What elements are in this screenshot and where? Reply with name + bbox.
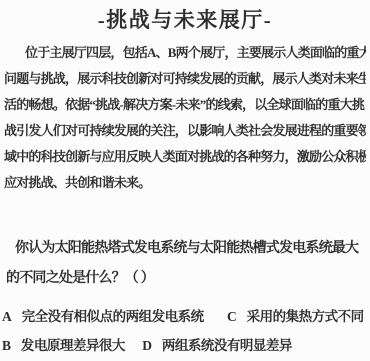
options-row-2: B 发电原理差异很大 D 两组系统没有明显差异 bbox=[2, 331, 370, 360]
question-line: 你认为太阳能热塔式发电系统与太阳能热槽式发电系统最大 bbox=[6, 234, 370, 264]
option-text: 采用的集热方式不同 bbox=[247, 309, 364, 324]
intro-paragraph: 位于主展厅四层，包括A、B两个展厅，主要展示人类面临的重大 问题与挑战，展示科技… bbox=[0, 40, 370, 196]
intro-line: 域中的科技创新与应用反映人类面对挑战的各种努力，激励公众积极 bbox=[4, 144, 366, 170]
intro-line: 应对挑战、共创和谐未来。 bbox=[4, 170, 366, 196]
intro-line: 位于主展厅四层，包括A、B两个展厅，主要展示人类面临的重大 bbox=[4, 40, 366, 66]
option-text: 发电原理差异很大 bbox=[21, 338, 125, 353]
intro-line: 问题与挑战，展示科技创新对可持续发展的贡献，展示人类对未来生 bbox=[4, 66, 366, 92]
option-letter: A bbox=[2, 302, 12, 331]
page-title: -挑战与未来展厅- bbox=[0, 0, 370, 34]
intro-line: 活的畅想。依据“挑战-解决方案-未来”的线索，以全球面临的重大挑 bbox=[4, 92, 366, 118]
options-row-1: A 完全没有相似点的两组发电系统 C 采用的集热方式不同 bbox=[2, 302, 370, 331]
option-b[interactable]: B 发电原理差异很大 bbox=[2, 331, 125, 360]
question: 你认为太阳能热塔式发电系统与太阳能热槽式发电系统最大 的不同之处是什么？（ ） bbox=[0, 234, 370, 294]
question-line: 的不同之处是什么？（ ） bbox=[6, 264, 370, 294]
option-letter: D bbox=[142, 331, 152, 360]
option-text: 两组系统没有明显差异 bbox=[162, 338, 292, 353]
option-text: 完全没有相似点的两组发电系统 bbox=[22, 309, 204, 324]
option-c[interactable]: C 采用的集热方式不同 bbox=[227, 302, 364, 331]
option-letter: C bbox=[227, 302, 237, 331]
intro-line: 战引发人们对可持续发展的关注，以影响人类社会发展进程的重要领 bbox=[4, 118, 366, 144]
option-d[interactable]: D 两组系统没有明显差异 bbox=[142, 331, 292, 360]
option-letter: B bbox=[2, 331, 11, 360]
option-a[interactable]: A 完全没有相似点的两组发电系统 bbox=[2, 302, 204, 331]
options: A 完全没有相似点的两组发电系统 C 采用的集热方式不同 B 发电原理差异很大 … bbox=[0, 302, 370, 360]
quiz-page: -挑战与未来展厅- 位于主展厅四层，包括A、B两个展厅，主要展示人类面临的重大 … bbox=[0, 0, 370, 361]
